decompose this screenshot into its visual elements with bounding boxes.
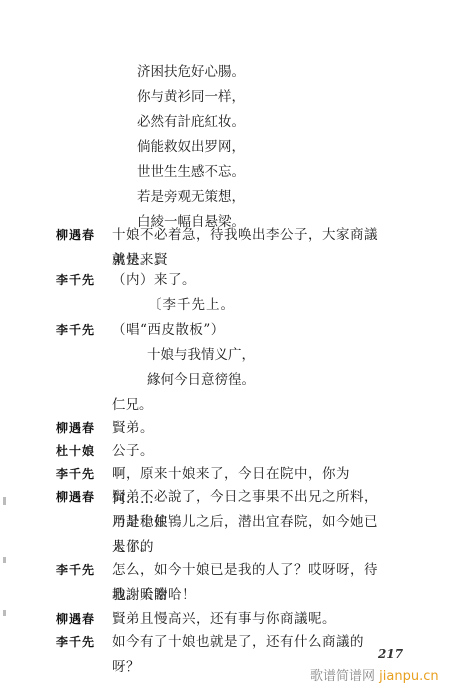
- speech-line: （唱“西皮散板”）: [112, 318, 388, 343]
- verse-line: 緣何今日意徬徨。: [147, 368, 255, 393]
- stage-direction: 〔李千先上。: [148, 293, 235, 318]
- speaker-name: 李千先: [56, 318, 95, 343]
- margin-mark: [3, 497, 6, 505]
- verse-line: 你与黄衫同一样，: [137, 85, 245, 110]
- margin-mark: [3, 557, 6, 563]
- speaker-name: 柳遇春: [56, 223, 95, 248]
- speech-line: 人了。: [112, 535, 388, 560]
- speech-line: 地。哈哈哈！: [112, 583, 388, 608]
- speech-line: 賢弟且慢高兴，还有事与你商議呢。: [112, 607, 388, 632]
- margin-mark: [3, 610, 6, 616]
- verse-line: 若是旁观无策想，: [137, 185, 245, 210]
- watermark-cn: 歌谱简谱网: [310, 669, 375, 684]
- watermark: 歌谱简谱网 jianpu.cn: [310, 665, 439, 684]
- speech-line: 仁兄。: [112, 393, 153, 418]
- verse-line: 世世生生感不忘。: [137, 160, 245, 185]
- script-page: 济困扶危好心腸。 你与黄衫同一样， 必然有計庇紅妆。 倘能救奴出罗网， 世世生生…: [0, 0, 459, 690]
- speaker-name: 李千先: [56, 558, 95, 583]
- verse-line: 济困扶危好心腸。: [137, 60, 245, 85]
- verse-line: 十娘与我情义广，: [147, 343, 255, 368]
- speaker-name: 李千先: [56, 462, 95, 487]
- verse-line: 倘能救奴出罗网，: [137, 135, 245, 160]
- speaker-name: 李千先: [56, 268, 95, 293]
- speech-line: 賢弟。: [112, 416, 388, 441]
- speech-line: （内）来了。: [112, 268, 388, 293]
- page-number: 217: [378, 647, 403, 661]
- speaker-name: 李千先: [56, 630, 95, 655]
- speech-line: 公子。: [112, 439, 388, 464]
- verse-line: 必然有計庇紅妆。: [137, 110, 245, 135]
- speaker-name: 柳遇春: [56, 416, 95, 441]
- speaker-name: 杜十娘: [56, 439, 95, 464]
- speaker-name: 柳遇春: [56, 607, 95, 632]
- watermark-latin: jianpu.cn: [379, 669, 438, 684]
- speaker-name: 柳遇春: [56, 485, 95, 510]
